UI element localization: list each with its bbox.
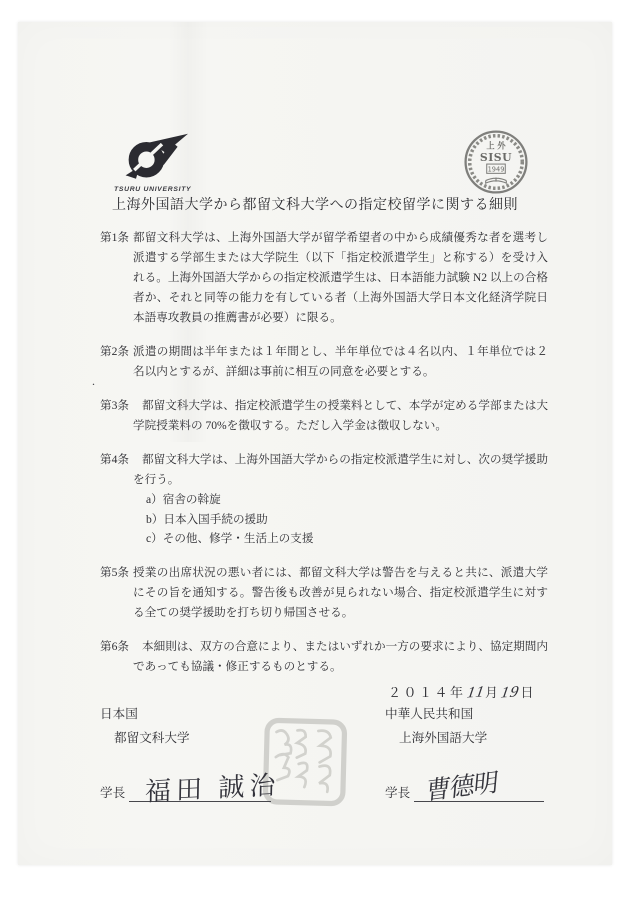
article-4-text: 都留文科大学は、上海外国語大学からの指定校派遣学生に対し、次の奨学援助を行う。 bbox=[133, 450, 548, 490]
document-title: 上海外国語大学から都留文科大学への指定校留学に関する細則 bbox=[18, 194, 612, 214]
date-day-unit: 日 bbox=[520, 685, 536, 700]
article-4-subitems: a）宿舎の斡旋 b）日本入国手続の援助 c）その他、修学・生活上の支援 bbox=[133, 490, 548, 549]
china-university-label: 上海外国語大学 bbox=[385, 727, 585, 746]
date-year: ２０１４年 bbox=[388, 685, 466, 700]
china-country-label: 中華人民共和国 bbox=[385, 703, 585, 722]
article-1: 第1条 都留文科大学は、上海外国語大学が留学希望者の中から成績優秀な者を選考し派… bbox=[100, 228, 548, 328]
article-5-text: 授業の出席状況の悪い者には、都留文科大学は警告を与えると共に、派遣大学にその旨を… bbox=[133, 563, 548, 623]
article-6-label: 第6条 bbox=[100, 637, 129, 657]
article-4-subitem-c: c）その他、修学・生活上の支援 bbox=[146, 529, 548, 549]
article-4-subitem-b: b）日本入国手続の援助 bbox=[146, 510, 548, 530]
signature-block-china: 中華人民共和国 上海外国語大学 学長 曹德明 bbox=[385, 703, 585, 802]
sisu-seal-book-icon bbox=[486, 177, 507, 183]
tsuru-university-logo: TSURU UNIVERSITY bbox=[114, 132, 224, 193]
sisu-seal-top-text: 上 外 bbox=[486, 141, 506, 151]
article-2: 第2条 派遣の期間は半年または１年間とし、半年単位では４名以内、１年単位では２名… bbox=[100, 342, 548, 382]
japan-country-label: 日本国 bbox=[100, 703, 330, 722]
article-4-label: 第4条 bbox=[100, 450, 129, 470]
japan-signature-row: 学長 福田 誠治 bbox=[100, 768, 330, 802]
article-4: 第4条 都留文科大学は、上海外国語大学からの指定校派遣学生に対し、次の奨学援助を… bbox=[100, 450, 548, 549]
paper-sheet: TSURU UNIVERSITY 上 外 SISU 1949 上海外国語大学から… bbox=[18, 22, 612, 865]
china-signature-row: 学長 曹德明 bbox=[385, 768, 585, 802]
agreement-date: ２０１４年11月19日 bbox=[100, 682, 548, 702]
japan-president-signature: 福田 誠治 bbox=[145, 764, 281, 808]
scanned-agreement-document: { "document": { "title": "上海外国語大学から都留文科大… bbox=[0, 0, 630, 903]
article-1-text: 都留文科大学は、上海外国語大学が留学希望者の中から成績優秀な者を選考し派遣する学… bbox=[133, 228, 548, 328]
article-1-label: 第1条 bbox=[100, 228, 129, 248]
china-role-label: 学長 bbox=[385, 782, 410, 802]
article-4-subitem-a: a）宿舎の斡旋 bbox=[146, 490, 548, 510]
article-3-label: 第3条 bbox=[100, 396, 129, 416]
signature-block-japan: 日本国 都留文科大学 学長 福田 誠治 bbox=[100, 703, 330, 802]
china-president-signature: 曹德明 bbox=[425, 762, 500, 807]
article-2-label: 第2条 bbox=[100, 342, 129, 362]
article-6-text: 本細則は、双方の合意により、またはいずれか一方の要求により、協定期間内であっても… bbox=[133, 637, 548, 677]
sisu-seal-name: SISU bbox=[480, 151, 512, 164]
sisu-university-seal: 上 外 SISU 1949 bbox=[463, 128, 529, 196]
article-3: 第3条 都留文科大学は、指定校派遣学生の授業料として、本学が定める学部または大学… bbox=[100, 396, 548, 436]
article-5: 第5条 授業の出席状況の悪い者には、都留文科大学は警告を与えると共に、派遣大学に… bbox=[100, 563, 548, 623]
japan-signature-line: 福田 誠治 bbox=[129, 768, 271, 802]
article-5-label: 第5条 bbox=[100, 563, 129, 583]
japan-role-label: 学長 bbox=[100, 782, 125, 802]
article-6: 第6条 本細則は、双方の合意により、またはいずれか一方の要求により、協定期間内で… bbox=[100, 637, 548, 677]
sisu-seal-year: 1949 bbox=[488, 165, 505, 173]
japan-university-label: 都留文科大学 bbox=[100, 727, 330, 746]
china-signature-line: 曹德明 bbox=[414, 768, 544, 802]
article-3-text: 都留文科大学は、指定校派遣学生の授業料として、本学が定める学部または大学院授業料… bbox=[133, 396, 548, 436]
articles-section: 第1条 都留文科大学は、上海外国語大学が留学希望者の中から成績優秀な者を選考し派… bbox=[100, 228, 548, 691]
article-2-text: 派遣の期間は半年または１年間とし、半年単位では４名以内、１年単位では２名以内とす… bbox=[133, 342, 548, 382]
date-month-handwritten: 11 bbox=[463, 683, 487, 702]
tsuru-university-wordmark: TSURU UNIVERSITY bbox=[114, 186, 224, 193]
stray-ink-mark: . bbox=[92, 374, 95, 389]
tsuru-crane-icon bbox=[120, 132, 204, 184]
